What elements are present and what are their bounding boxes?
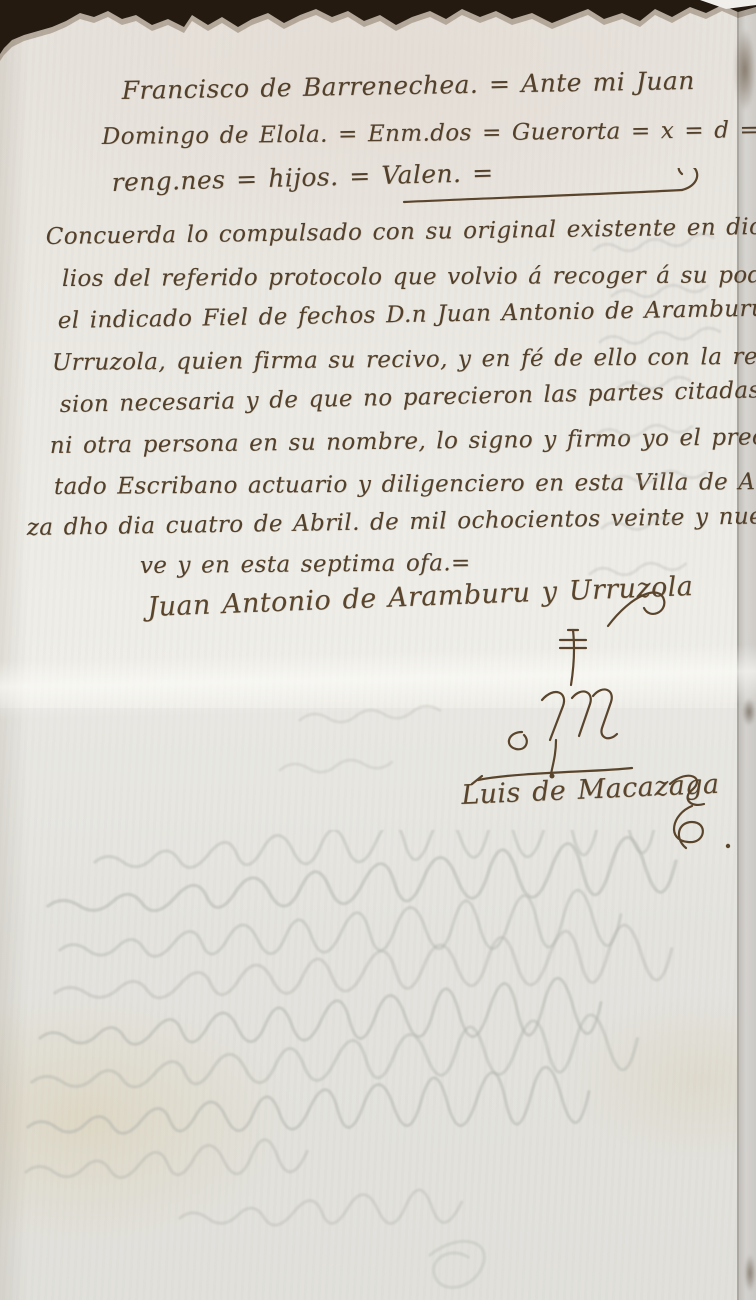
- ink-blotch: [742, 698, 756, 726]
- bleedthrough-ghost-text: [560, 230, 756, 630]
- closing-line: Francisco de Barrenechea. = Ante mi Juan: [121, 66, 694, 105]
- flourish-rule: [400, 168, 720, 212]
- bleedthrough-ghost-text: [240, 690, 560, 810]
- bleedthrough-ghost-text: [0, 830, 756, 1300]
- closing-line: Domingo de Elola. = Enm.dos = Guerorta =…: [102, 115, 756, 150]
- torn-top-edge: [0, 0, 756, 70]
- certification-line: ve y en esta septima ofa.=: [140, 550, 471, 579]
- manuscript-scan-page: Francisco de Barrenechea. = Ante mi Juan…: [0, 0, 756, 1300]
